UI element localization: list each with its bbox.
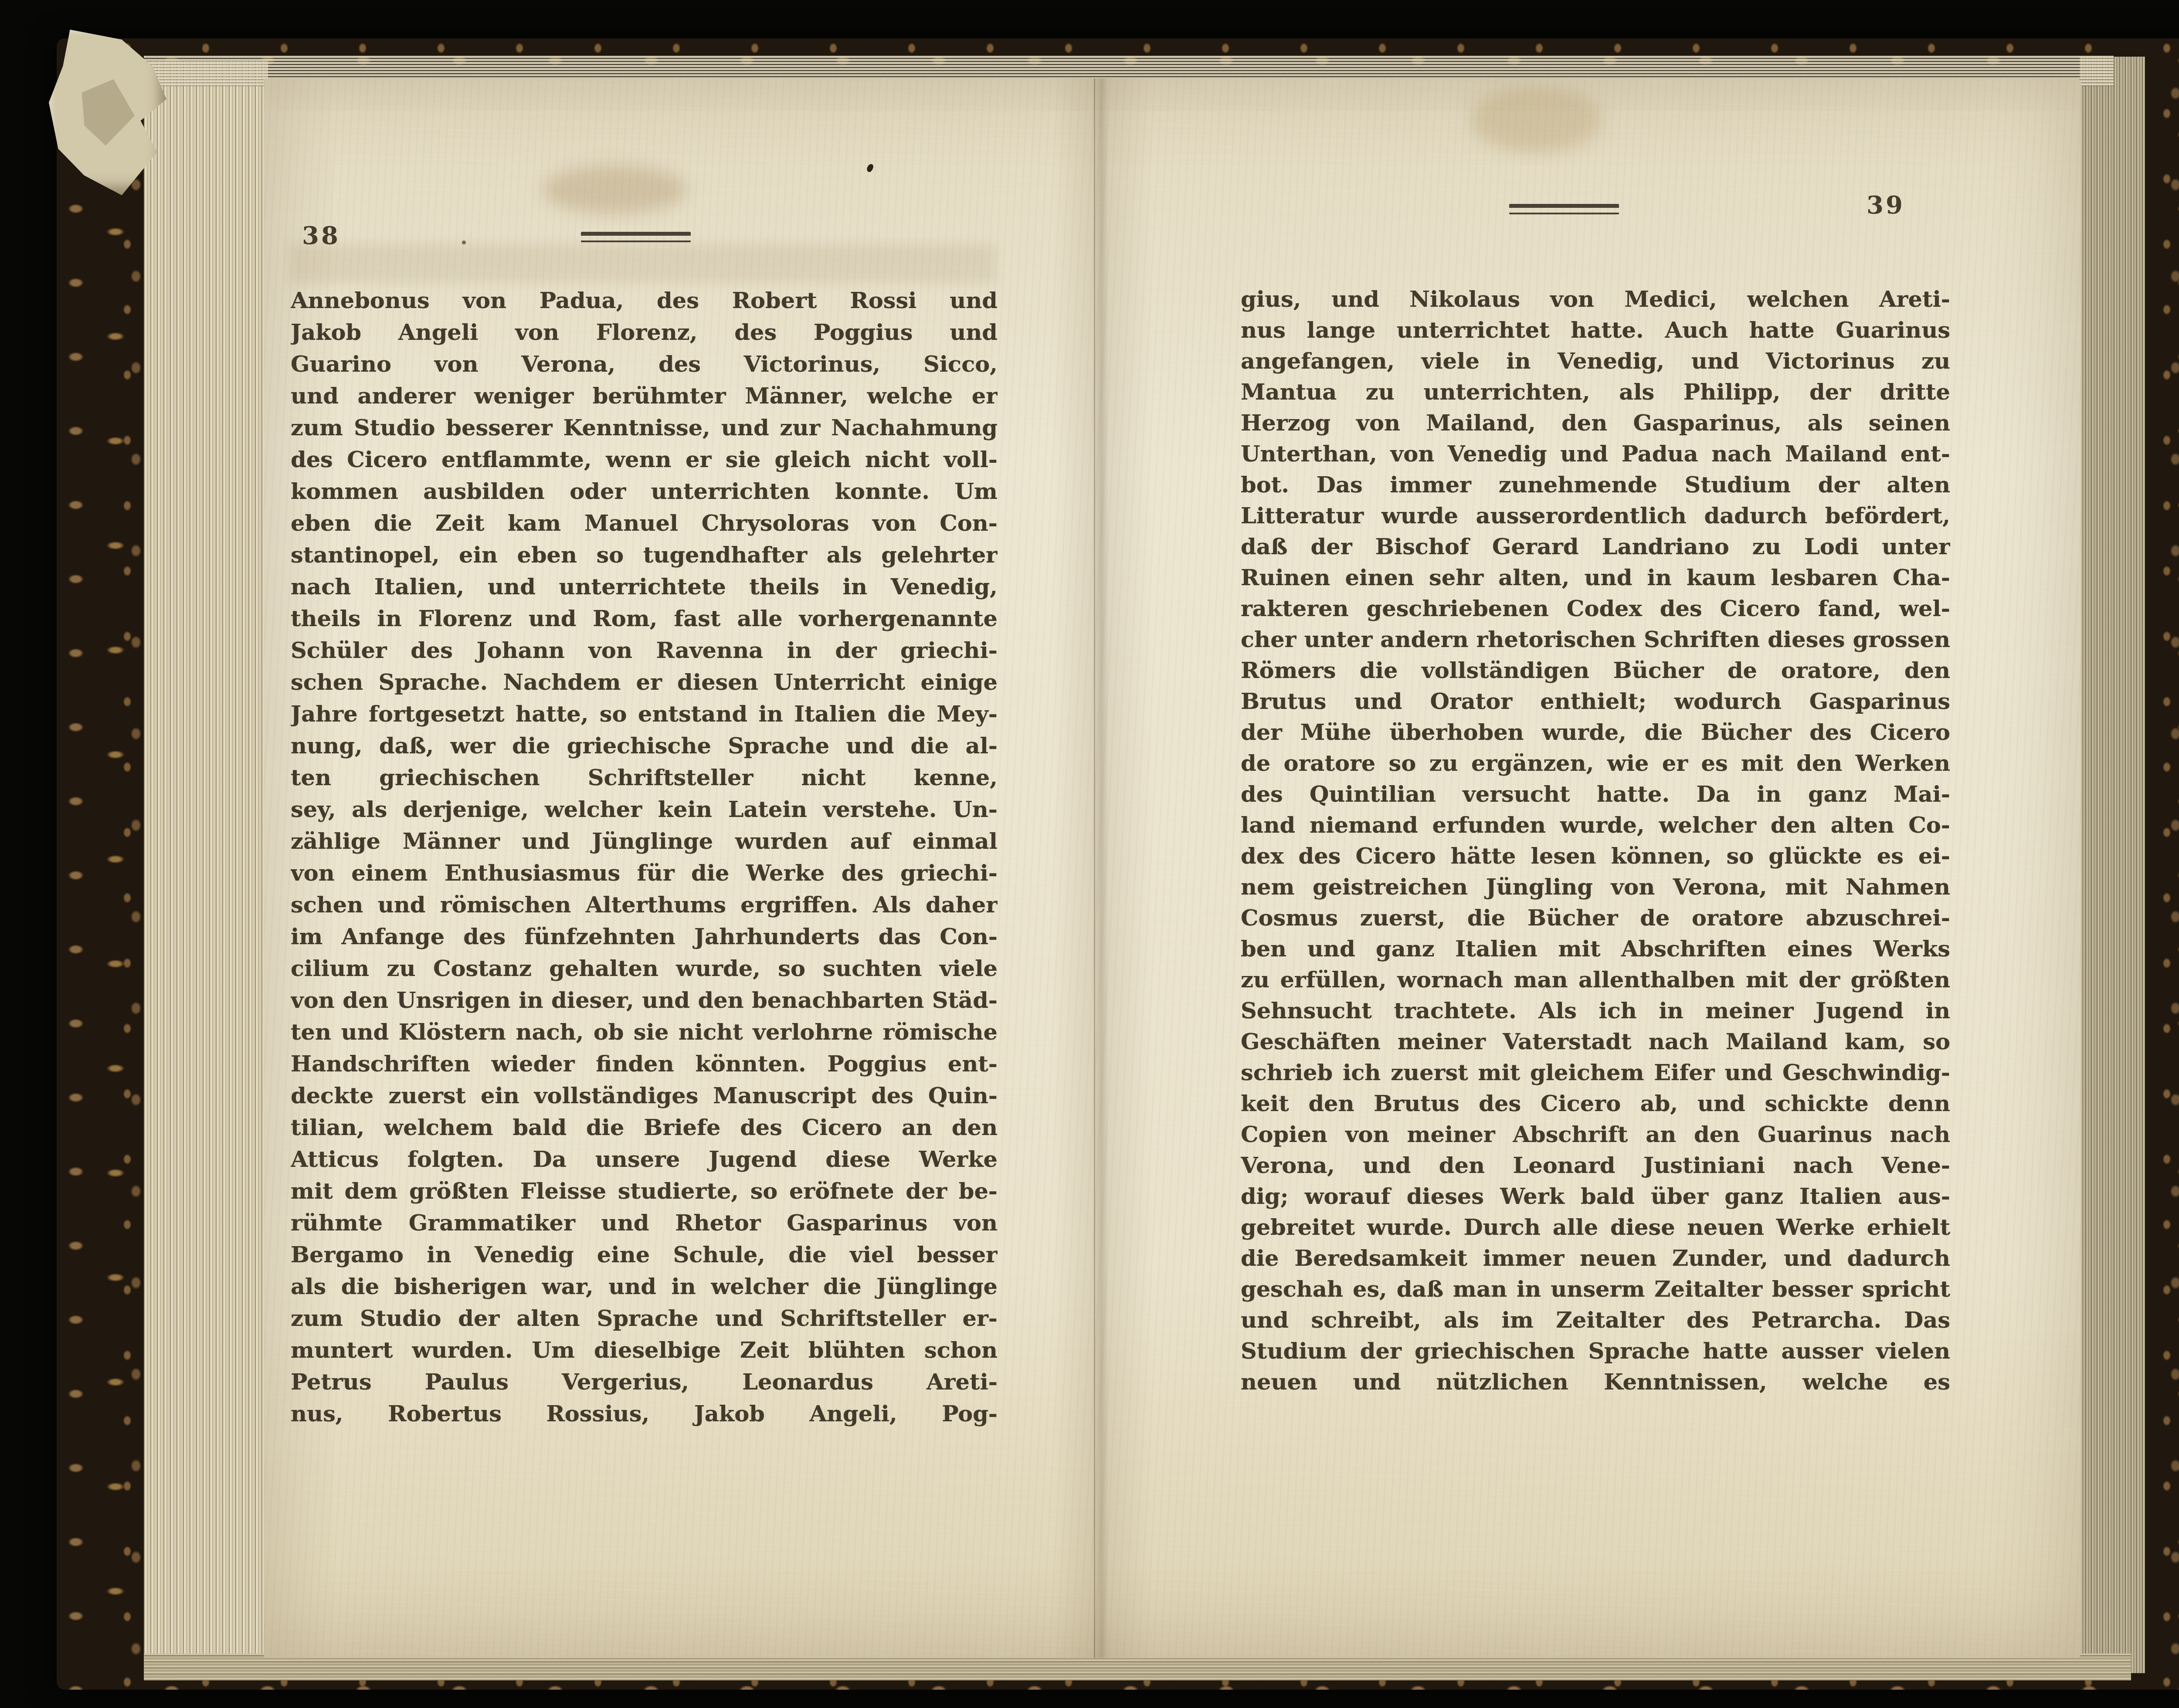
book-gutter-crease [1094, 78, 1095, 1658]
text-line: rakteren geschriebenen Codex des Cicero … [1241, 593, 1950, 624]
text-line: nung, daß, wer die griechische Sprache u… [291, 730, 998, 762]
page-text-right: gius, und Nikolaus von Medici, welchen A… [1241, 284, 1950, 1398]
text-line: Jahre fortgesetzt hatte, so entstand in … [291, 698, 998, 730]
text-line: Schüler des Johann von Ravenna in der gr… [291, 635, 998, 667]
text-line: Petrus Paulus Vergerius, Leonardus Areti… [291, 1366, 998, 1398]
text-line: nem geistreichen Jüngling von Verona, mi… [1241, 872, 1950, 903]
text-line: theils in Florenz und Rom, fast alle vor… [291, 603, 998, 635]
text-line: keit den Brutus des Cicero ab, und schic… [1241, 1088, 1950, 1119]
text-line: Sehnsucht trachtete. Als ich in meiner J… [1241, 996, 1950, 1027]
text-line: ten griechischen Schriftsteller nicht ke… [291, 762, 998, 794]
text-line: der Mühe überhoben wurde, die Bücher des… [1241, 717, 1950, 748]
text-line: tilian, welchem bald die Briefe des Cice… [291, 1112, 998, 1144]
text-line: Litteratur wurde ausserordentlich dadurc… [1241, 501, 1950, 532]
open-page-spread: 38 39 Annebonus von Padua, des Robert Ro… [264, 78, 2081, 1658]
text-line: Brutus und Orator enthielt; wodurch Gasp… [1241, 686, 1950, 717]
text-line: Römers die vollständigen Bücher de orato… [1241, 655, 1950, 686]
text-line: nach Italien, und unterrichtete theils i… [291, 571, 998, 603]
text-line: de oratore so zu ergänzen, wie er es mit… [1241, 748, 1950, 779]
header-rule-left [581, 232, 691, 242]
ink-fleck [866, 163, 874, 173]
text-line: schrieb ich zuerst mit gleichem Eifer un… [1241, 1057, 1950, 1088]
text-line: Geschäften meiner Vaterstadt nach Mailan… [1241, 1027, 1950, 1057]
text-line: bot. Das immer zunehmende Studium der al… [1241, 470, 1950, 501]
text-line: und anderer weniger berühmter Männer, we… [291, 380, 998, 412]
text-line: nus lange unterrichtet hatte. Auch hatte… [1241, 315, 1950, 346]
showthrough-band [290, 244, 996, 283]
text-line: gius, und Nikolaus von Medici, welchen A… [1241, 284, 1950, 315]
text-line: cher unter andern rhetorischen Schriften… [1241, 624, 1950, 655]
text-line: von einem Enthusiasmus für die Werke des… [291, 857, 998, 889]
text-line: Studium der griechischen Sprache hatte a… [1241, 1336, 1950, 1367]
text-line: nus, Robertus Rossius, Jakob Angeli, Pog… [291, 1398, 998, 1430]
text-line: und schreibt, als im Zeitalter des Petra… [1241, 1305, 1950, 1336]
page-edges-left [144, 61, 268, 1673]
text-line: Bergamo in Venedig eine Schule, die viel… [291, 1239, 998, 1271]
text-line: ben und ganz Italien mit Abschriften ein… [1241, 934, 1950, 965]
text-line: Unterthan, von Venedig und Padua nach Ma… [1241, 439, 1950, 470]
text-line: schen Sprache. Nachdem er diesen Unterri… [291, 667, 998, 698]
text-line: deckte zuerst ein vollständiges Manuscri… [291, 1080, 998, 1112]
text-line: dex des Cicero hätte lesen können, so gl… [1241, 841, 1950, 872]
book-gutter-shadow [1052, 78, 1153, 1658]
paper-stain [1471, 87, 1602, 152]
page-number-left: 38 [302, 221, 340, 250]
text-line: Annebonus von Padua, des Robert Rossi un… [291, 285, 998, 317]
text-line: kommen ausbilden oder unterrichten konnt… [291, 476, 998, 508]
ink-showthrough-stain [543, 166, 686, 213]
text-line: die Beredsamkeit immer neuen Zunder, und… [1241, 1243, 1950, 1274]
text-line: des Quintilian versucht hatte. Da in gan… [1241, 779, 1950, 810]
text-line: daß der Bischof Gerard Landriano zu Lodi… [1241, 532, 1950, 563]
ink-dot [462, 241, 466, 244]
text-line: dig; worauf dieses Werk bald über ganz I… [1241, 1181, 1950, 1212]
text-line: gebreitet wurde. Durch alle diese neuen … [1241, 1212, 1950, 1243]
header-rule-right [1509, 204, 1619, 214]
text-line: neuen und nützlichen Kenntnissen, welche… [1241, 1367, 1950, 1398]
text-line: Handschriften wieder finden könnten. Pog… [291, 1048, 998, 1080]
text-line: Cosmus zuerst, die Bücher de oratore abz… [1241, 903, 1950, 934]
text-line: eben die Zeit kam Manuel Chrysoloras von… [291, 508, 998, 539]
text-line: schen und römischen Alterthums ergriffen… [291, 889, 998, 921]
text-line: von den Unsrigen in dieser, und den bena… [291, 985, 998, 1017]
text-line: ten und Klöstern nach, ob sie nicht verl… [291, 1017, 998, 1048]
text-line: Herzog von Mailand, den Gasparinus, als … [1241, 408, 1950, 439]
text-line: muntert wurden. Um dieselbige Zeit blüht… [291, 1335, 998, 1366]
text-line: rühmte Grammatiker und Rhetor Gasparinus… [291, 1207, 998, 1239]
text-line: Jakob Angeli von Florenz, des Poggius un… [291, 317, 998, 349]
text-line: angefangen, viele in Venedig, und Victor… [1241, 346, 1950, 377]
text-line: Verona, und den Leonard Justiniani nach … [1241, 1150, 1950, 1181]
text-line: als die bisherigen war, und in welcher d… [291, 1271, 998, 1303]
text-line: mit dem größten Fleisse studierte, so er… [291, 1176, 998, 1207]
page-number-right: 39 [1867, 191, 1905, 220]
page-edges-right [2080, 57, 2145, 1673]
page-text-left: Annebonus von Padua, des Robert Rossi un… [291, 285, 998, 1430]
text-line: sey, als derjenige, welcher kein Latein … [291, 794, 998, 826]
text-line: Mantua zu unterrichten, als Philipp, der… [1241, 377, 1950, 408]
text-line: zu erfüllen, wornach man allenthalben mi… [1241, 965, 1950, 996]
text-line: stantinopel, ein eben so tugendhafter al… [291, 539, 998, 571]
text-line: zum Studio der alten Sprache und Schrift… [291, 1303, 998, 1335]
text-line: cilium zu Costanz gehalten wurde, so suc… [291, 953, 998, 985]
photo-backdrop: 38 39 Annebonus von Padua, des Robert Ro… [0, 0, 2179, 1708]
text-line: Atticus folgten. Da unsere Jugend diese … [291, 1144, 998, 1176]
text-line: des Cicero entflammte, wenn er sie gleic… [291, 444, 998, 476]
text-line: Copien von meiner Abschrift an den Guari… [1241, 1119, 1950, 1150]
text-line: zum Studio besserer Kenntnisse, und zur … [291, 412, 998, 444]
text-line: land niemand erfunden wurde, welcher den… [1241, 810, 1950, 841]
text-line: zählige Männer und Jünglinge wurden auf … [291, 826, 998, 857]
text-line: Ruinen einen sehr alten, und in kaum les… [1241, 563, 1950, 593]
text-line: Guarino von Verona, des Victorinus, Sicc… [291, 349, 998, 380]
text-line: geschah es, daß man in unserm Zeitalter … [1241, 1274, 1950, 1305]
text-line: im Anfange des fünfzehnten Jahrhunderts … [291, 921, 998, 953]
